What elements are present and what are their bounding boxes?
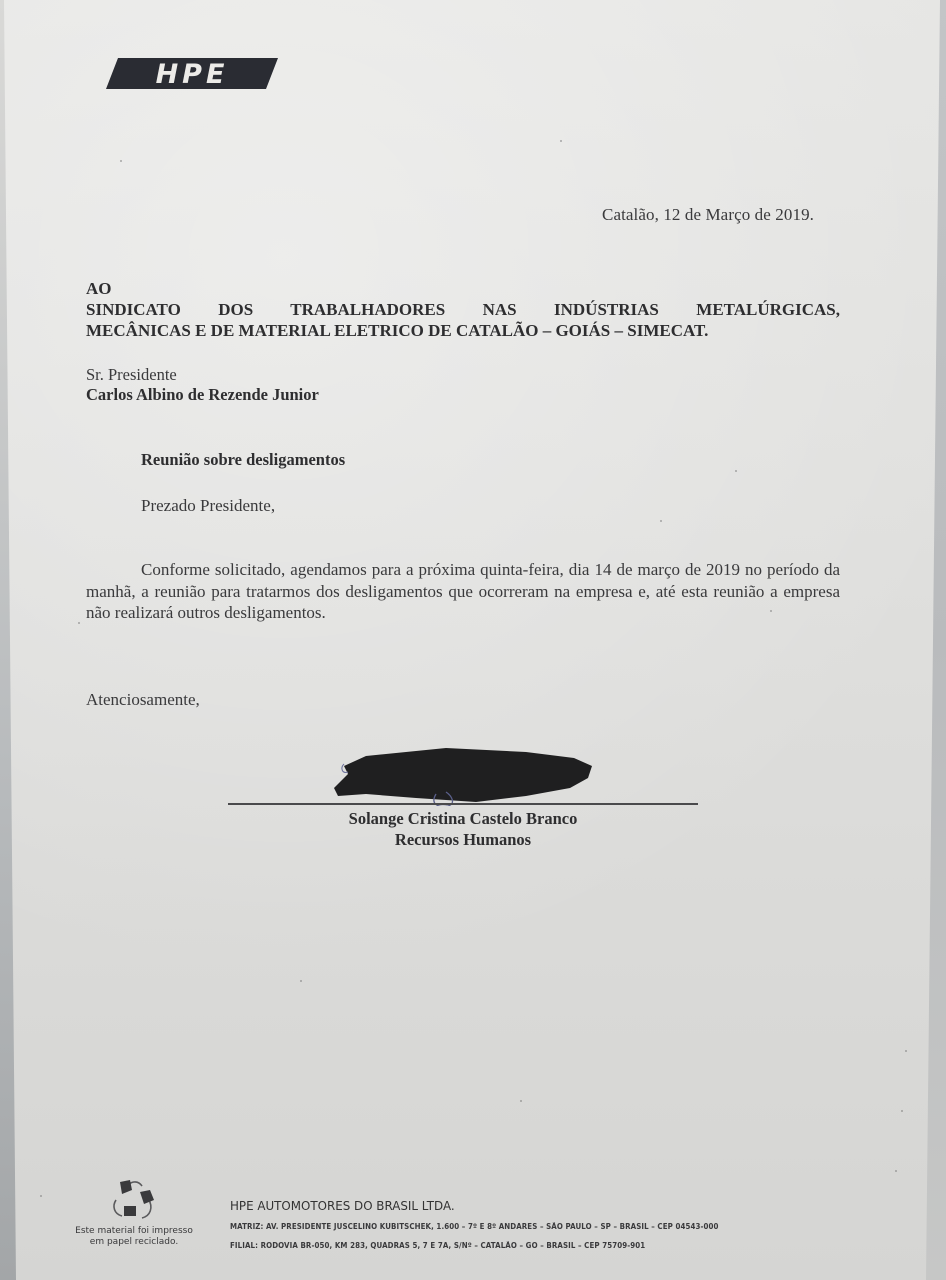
- paper-speck: [895, 1170, 897, 1172]
- paper-speck: [905, 1050, 907, 1052]
- subject-line: Reunião sobre desligamentos: [141, 450, 345, 470]
- addressee-block: AO SINDICATO DOS TRABALHADORES NAS INDÚS…: [86, 278, 840, 341]
- addressee-line-2: MECÂNICAS E DE MATERIAL ELETRICO DE CATA…: [86, 320, 840, 341]
- redacted-signature: [326, 744, 594, 806]
- recycled-note-line-1: Este material foi impresso: [70, 1226, 198, 1237]
- paper-speck: [735, 470, 737, 472]
- signature-line: [228, 803, 698, 805]
- addressee-prefix: AO: [86, 278, 840, 299]
- footer-company-name: HPE AUTOMOTORES DO BRASIL LTDA.: [230, 1198, 455, 1213]
- recycle-icon: [108, 1176, 158, 1224]
- paper-speck: [520, 1100, 522, 1102]
- footer-filial-address: FILIAL: RODOVIA BR-050, KM 283, QUADRAS …: [230, 1241, 645, 1250]
- paper-speck: [300, 980, 302, 982]
- recycled-paper-note: Este material foi impresso em papel reci…: [70, 1226, 198, 1248]
- paper-speck: [660, 520, 662, 522]
- letter-page: HPE Catalão, 12 de Março de 2019. AO SIN…: [0, 0, 946, 1280]
- logo-text: HPE: [156, 59, 229, 89]
- closing: Atenciosamente,: [86, 690, 200, 710]
- body-paragraph: Conforme solicitado, agendamos para a pr…: [86, 559, 840, 624]
- addressee-line-1: SINDICATO DOS TRABALHADORES NAS INDÚSTRI…: [86, 299, 840, 320]
- recycled-note-line-2: em papel reciclado.: [70, 1237, 198, 1248]
- recipient-name: Carlos Albino de Rezende Junior: [86, 385, 319, 405]
- signatory-department: Recursos Humanos: [228, 829, 698, 850]
- letter-date: Catalão, 12 de Março de 2019.: [602, 205, 814, 225]
- paper-speck: [560, 140, 562, 142]
- footer-matriz-address: MATRIZ: AV. PRESIDENTE JUSCELINO KUBITSC…: [230, 1222, 719, 1231]
- paper-speck: [901, 1110, 903, 1112]
- paper-speck: [78, 622, 80, 624]
- hpe-logo: HPE: [106, 58, 278, 89]
- recipient-title: Sr. Presidente: [86, 365, 177, 385]
- paper-speck: [120, 160, 122, 162]
- signatory-name: Solange Cristina Castelo Branco: [228, 808, 698, 829]
- paper-speck: [40, 1195, 42, 1197]
- salutation: Prezado Presidente,: [141, 496, 275, 516]
- signatory-block: Solange Cristina Castelo Branco Recursos…: [228, 808, 698, 850]
